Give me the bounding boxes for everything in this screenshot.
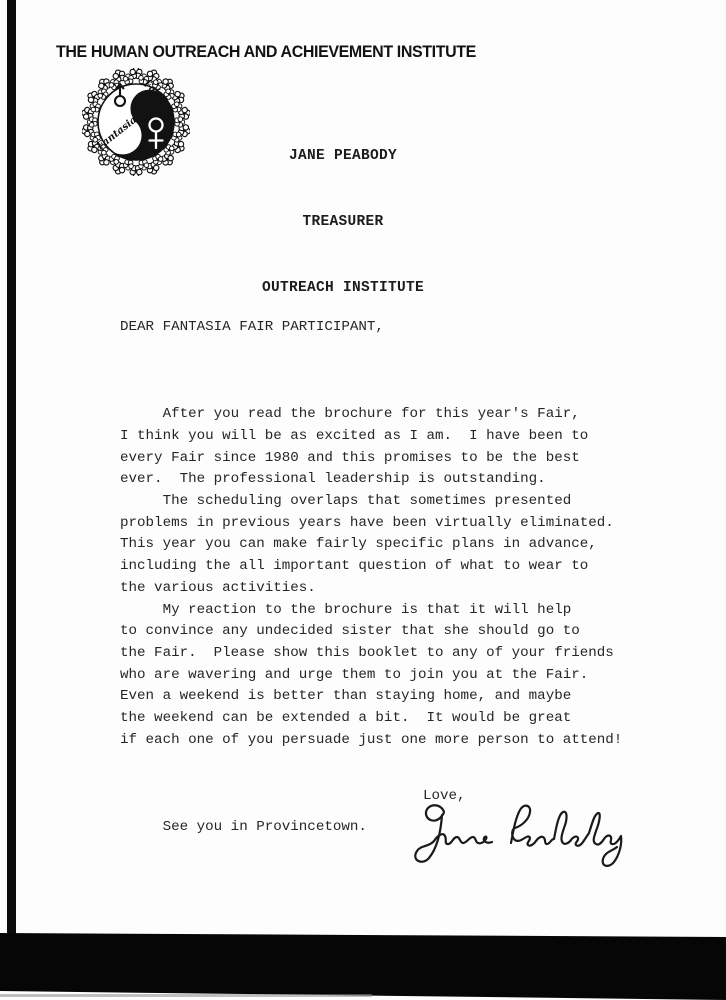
scan-artifact-left-strip [7,0,16,936]
letter-paragraph: My reaction to the brochure is that it w… [120,600,660,752]
scan-artifact-bottom-line [0,994,372,997]
org-title: THE HUMAN OUTREACH AND ACHIEVEMENT INSTI… [56,42,476,62]
scan-artifact-bottom-band [0,930,726,1000]
salutation: DEAR FANTASIA FAIR PARTICIPANT, [120,317,660,339]
signature [408,799,636,871]
letter-paragraph: The scheduling overlaps that sometimes p… [120,491,660,600]
officer-name: JANE PEABODY [243,145,443,167]
letter-paragraphs: After you read the brochure for this yea… [120,404,660,751]
officer-title: TREASURER [243,211,443,233]
fantasia-fair-logo-icon: Fantasia Fair [82,68,190,176]
scanned-letter-page: THE HUMAN OUTREACH AND ACHIEVEMENT INSTI… [0,0,726,1000]
letter-body: DEAR FANTASIA FAIR PARTICIPANT, After yo… [120,274,660,882]
letter-paragraph: After you read the brochure for this yea… [120,404,660,491]
